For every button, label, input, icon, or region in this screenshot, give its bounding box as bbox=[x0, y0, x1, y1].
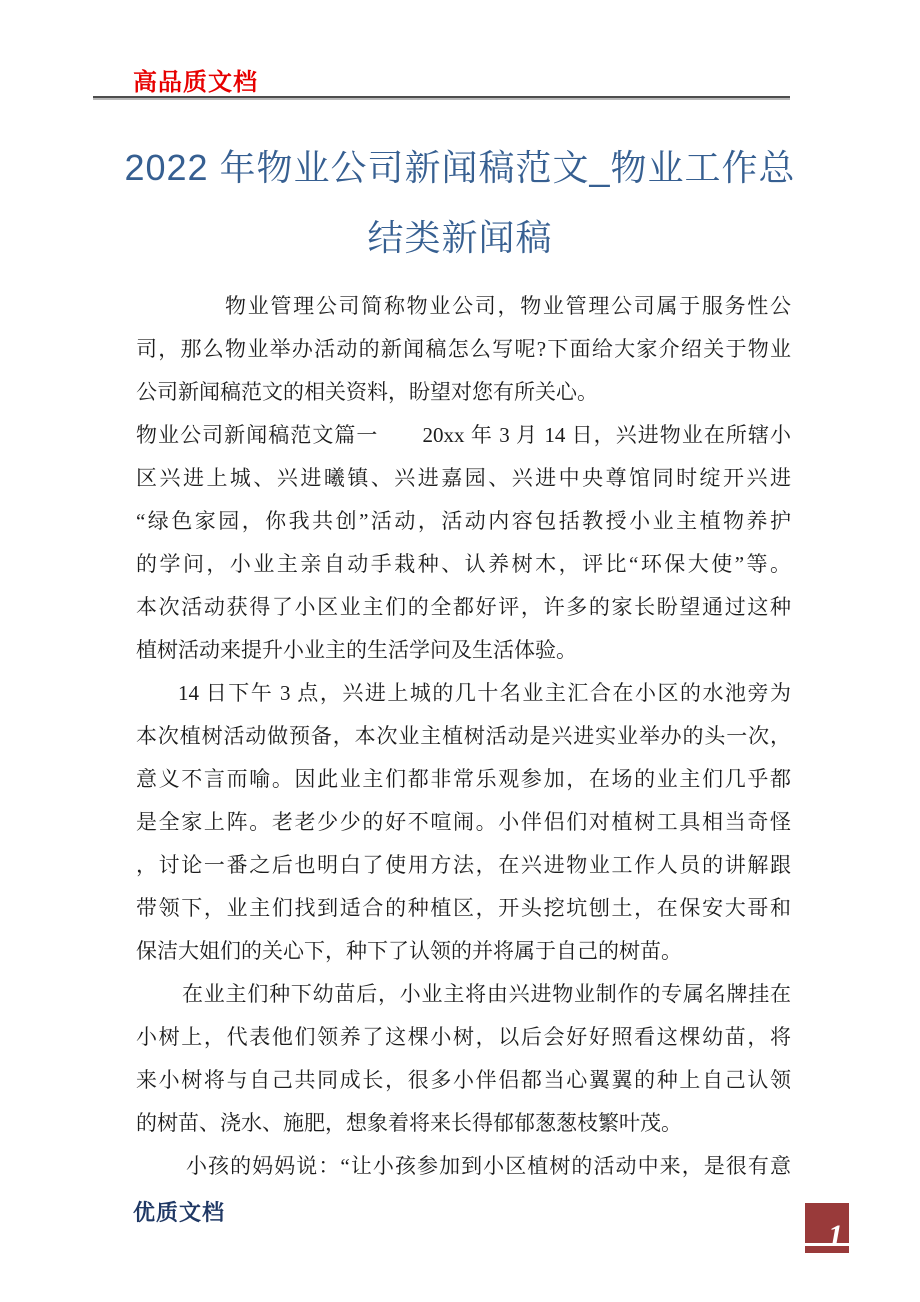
watermark-header: 高品质文档 bbox=[133, 62, 258, 97]
body-line: 来小树将与自己共同成长，很多小伴侣都当心翼翼的种上自己认领 bbox=[136, 1059, 791, 1102]
body-line: 意义不言而喻。因此业主们都非常乐观参加，在场的业主们几乎都 bbox=[136, 758, 791, 801]
header-divider bbox=[93, 96, 790, 98]
body-line: “绿色家园，你我共创”活动，活动内容包括教授小业主植物养护 bbox=[136, 500, 791, 543]
body-line: 小树上，代表他们领养了这棵小树，以后会好好照看这棵幼苗，将 bbox=[136, 1016, 791, 1059]
paragraph: 14 日下午 3 点，兴进上城的几十名业主汇合在小区的水池旁为本次植树活动做预备… bbox=[136, 672, 791, 973]
body-line: ，讨论一番之后也明白了使用方法，在兴进物业工作人员的讲解跟 bbox=[136, 844, 791, 887]
body-line: 保洁大姐们的关心下，种下了认领的并将属于自己的树苗。 bbox=[136, 930, 791, 973]
body-line: 的学问，小业主亲自动手栽种、认养树木，评比“环保大使”等。 bbox=[136, 543, 791, 586]
body-line: 本次活动获得了小区业主们的全都好评，许多的家长盼望通过这种 bbox=[136, 586, 791, 629]
page-number-badge: 1 bbox=[805, 1203, 849, 1253]
page-number: 1 bbox=[828, 1221, 843, 1251]
page-title-line-1: 2022 年物业公司新闻稿范文_物业工作总 bbox=[93, 133, 827, 203]
body-line: 的树苗、浇水、施肥，想象着将来长得郁郁葱葱枝繁叶茂。 bbox=[136, 1102, 791, 1145]
body-line: 带领下，业主们找到适合的种植区，开头挖坑刨土，在保安大哥和 bbox=[136, 887, 791, 930]
body-line: 本次植树活动做预备，本次业主植树活动是兴进实业举办的头一次， bbox=[136, 715, 791, 758]
paragraph: 小孩的妈妈说：“让小孩参加到小区植树的活动中来，是很有意 bbox=[136, 1145, 791, 1188]
body-line: 司，那么物业举办活动的新闻稿怎么写呢?下面给大家介绍关于物业 bbox=[136, 328, 791, 371]
page-title-line-2: 结类新闻稿 bbox=[93, 203, 827, 273]
page-title: 2022 年物业公司新闻稿范文_物业工作总 结类新闻稿 bbox=[93, 133, 827, 273]
document-page: { "colors": { "header_red": "#e60000", "… bbox=[0, 0, 920, 1302]
page-number-box: 1 bbox=[805, 1203, 849, 1243]
body-line: 小孩的妈妈说：“让小孩参加到小区植树的活动中来，是很有意 bbox=[136, 1145, 791, 1188]
document-body: 物业管理公司简称物业公司，物业管理公司属于服务性公司，那么物业举办活动的新闻稿怎… bbox=[136, 285, 791, 1188]
body-line: 区兴进上城、兴进曦镇、兴进嘉园、兴进中央尊馆同时绽开兴进 bbox=[136, 457, 791, 500]
paragraph: 物业管理公司简称物业公司，物业管理公司属于服务性公司，那么物业举办活动的新闻稿怎… bbox=[136, 285, 791, 414]
body-line: 在业主们种下幼苗后，小业主将由兴进物业制作的专属名牌挂在 bbox=[136, 973, 791, 1016]
body-line: 公司新闻稿范文的相关资料，盼望对您有所关心。 bbox=[136, 371, 791, 414]
body-line: 是全家上阵。老老少少的好不喧闹。小伴侣们对植树工具相当奇怪 bbox=[136, 801, 791, 844]
body-line: 14 日下午 3 点，兴进上城的几十名业主汇合在小区的水池旁为 bbox=[136, 672, 791, 715]
paragraph: 物业公司新闻稿范文篇一 20xx 年 3 月 14 日，兴进物业在所辖小区兴进上… bbox=[136, 414, 791, 672]
paragraph: 在业主们种下幼苗后，小业主将由兴进物业制作的专属名牌挂在小树上，代表他们领养了这… bbox=[136, 973, 791, 1145]
body-line: 物业管理公司简称物业公司，物业管理公司属于服务性公 bbox=[136, 285, 791, 328]
watermark-footer: 优质文档 bbox=[133, 1196, 225, 1227]
body-line: 植树活动来提升小业主的生活学问及生活体验。 bbox=[136, 629, 791, 672]
body-line: 物业公司新闻稿范文篇一 20xx 年 3 月 14 日，兴进物业在所辖小 bbox=[136, 414, 791, 457]
